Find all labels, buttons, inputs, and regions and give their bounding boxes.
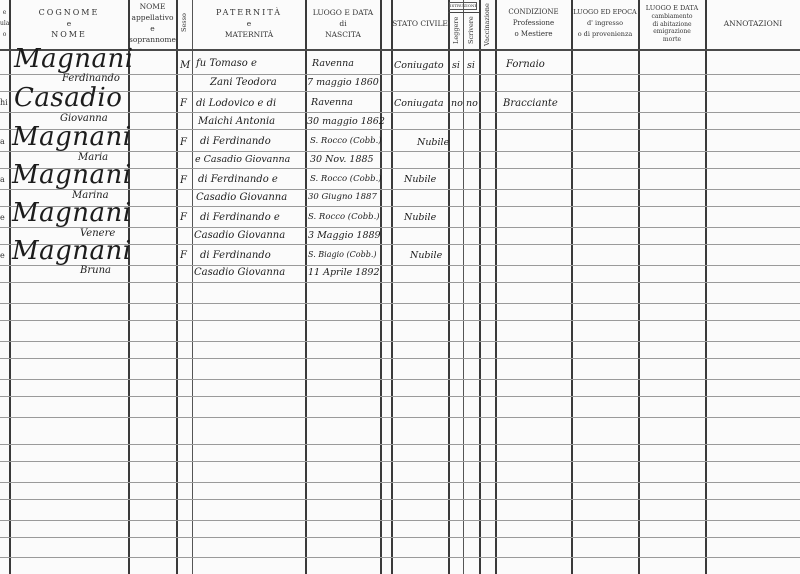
surname: Magnani [12, 160, 132, 190]
civil-status: Nubile [404, 212, 436, 223]
header-text: morte [639, 36, 705, 44]
birth-place: S. Rocco (Cobb.) [308, 212, 380, 222]
header-luogo-epoca: LUOGO ED EPOCA d' ingresso o di provenie… [572, 2, 638, 44]
row-rule [0, 482, 800, 483]
header-vaccinazione: Vaccinazione [483, 3, 491, 46]
birth-date: 11 Aprile 1892 [308, 267, 380, 278]
row-rule [0, 282, 800, 283]
header-text: soprannome [129, 34, 176, 45]
row-rule [0, 303, 800, 304]
can-write: no [466, 98, 478, 109]
header-text: LUOGO ED EPOCA [572, 7, 638, 18]
column-rule [705, 0, 707, 574]
header-text: di [306, 18, 380, 29]
header-condizione: CONDIZIONE Professione o Mestiere [496, 2, 571, 44]
column-rule [192, 0, 193, 574]
row-rule [0, 557, 800, 558]
header-text: PATERNITÀ [193, 7, 305, 18]
maternity: Zani Teodora [210, 77, 277, 88]
civil-status: Nubile [417, 137, 449, 148]
row-rule [0, 499, 800, 500]
maternity: Casadio Giovanna [196, 192, 287, 203]
birth-place: S. Rocco (Cobb.) [310, 136, 382, 146]
row-rule [0, 444, 800, 445]
maternity: Casadio Giovanna [194, 267, 285, 278]
istruzione-rule [448, 12, 479, 13]
header-text: appellativo [129, 12, 176, 23]
header-text: LUOGO E DATA [306, 7, 380, 18]
maternity: Casadio Giovanna [194, 230, 285, 241]
edge-text: a [0, 137, 5, 146]
edge-text: e [0, 7, 9, 18]
row-rule [0, 396, 800, 397]
column-rule [380, 0, 382, 574]
paternity: di Ferdinando [200, 136, 271, 147]
paternity: di Lodovico e di [196, 98, 276, 109]
paternity: fu Tomaso e [196, 58, 257, 69]
birth-place: S. Biagio (Cobb.) [308, 250, 377, 259]
row-rule [0, 74, 800, 75]
edge-text: o [0, 29, 9, 40]
column-rule [391, 0, 393, 574]
profession: Bracciante [503, 98, 558, 109]
maternity: Maichi Antonia [198, 116, 275, 127]
column-rule [9, 0, 11, 574]
given-name: Bruna [80, 265, 111, 276]
header-luogo-data-cambiamento: LUOGO E DATA cambiamento di abitazione e… [639, 2, 705, 44]
header-text: ANNOTAZIONI [706, 18, 800, 29]
header-left-edge: e ula o [0, 2, 9, 44]
column-rule [495, 0, 497, 574]
civil-status: Nubile [404, 174, 436, 185]
paternity: di Ferdinando e [198, 174, 278, 185]
header-text: NOME [10, 29, 128, 40]
birth-date: 30 Nov. 1885 [310, 154, 374, 165]
sex: F [180, 212, 187, 223]
maternity: e Casadio Giovanna [195, 154, 290, 165]
header-sesso: Sesso [180, 13, 188, 32]
row-rule [0, 341, 800, 342]
header-text: d' ingresso [572, 18, 638, 29]
profession: Fornaio [506, 59, 545, 70]
header-text: o Mestiere [496, 29, 571, 40]
header-text: LUOGO E DATA [639, 3, 705, 13]
paternity: di Ferdinando e [200, 212, 280, 223]
birth-place: Ravenna [311, 97, 353, 108]
row-rule [0, 520, 800, 521]
edge-text: ula [0, 18, 9, 29]
header-istruzione: ISTRUZIONE [449, 2, 477, 10]
row-rule [0, 417, 800, 418]
column-rule [176, 0, 178, 574]
header-text: e [129, 23, 176, 34]
can-read: no [451, 98, 463, 109]
column-rule [128, 0, 130, 574]
column-rule [479, 0, 481, 574]
column-rule [571, 0, 573, 574]
sex: F [180, 98, 187, 109]
column-rule [638, 0, 640, 574]
row-rule [0, 320, 800, 321]
column-rule [463, 0, 464, 574]
header-nome-appellativo: NOME appellativo e soprannome [129, 2, 176, 44]
header-text: CONDIZIONE [496, 7, 571, 18]
surname: Magnani [12, 198, 132, 228]
row-rule [0, 461, 800, 462]
can-write: si [467, 60, 475, 71]
civil-status: Nubile [410, 250, 442, 261]
surname: Magnani [12, 122, 132, 152]
surname: Magnani [12, 236, 132, 266]
column-rule [448, 0, 450, 574]
birth-date: 30 maggio 1862 [307, 116, 385, 127]
surname: Magnani [14, 44, 134, 74]
edge-text: e [0, 251, 5, 260]
birth-date: 3 Maggio 1889 [308, 230, 381, 241]
header-text: MATERNITÀ [193, 29, 305, 40]
header-luogo-data-nascita: LUOGO E DATA di NASCITA [306, 2, 380, 44]
civil-status: Coniugata [394, 98, 444, 109]
header-text: Professione [496, 18, 571, 29]
edge-text: hi [0, 98, 8, 107]
sex: F [180, 250, 187, 261]
header-text: cambiamento [639, 13, 705, 21]
header-text: NASCITA [306, 29, 380, 40]
header-scrivere: Scrivere [467, 16, 475, 44]
birth-date: 30 Giugno 1887 [308, 192, 377, 202]
birth-place: Ravenna [312, 58, 354, 69]
edge-text: e [0, 213, 5, 222]
header-text: emigrazione [639, 28, 705, 36]
header-text: e [193, 18, 305, 29]
birth-date: 7 maggio 1860 [307, 77, 379, 88]
header-text: di abitazione [639, 21, 705, 29]
sex: F [180, 137, 187, 148]
row-rule [0, 379, 800, 380]
edge-text: a [0, 175, 5, 184]
birth-place: S. Rocco (Cobb.) [310, 174, 382, 184]
header-text: o di provenienza [572, 29, 638, 40]
header-text: STATO CIVILE [392, 18, 448, 29]
header-stato-civile: STATO CIVILE [392, 2, 448, 44]
header-leggere: Leggere [452, 17, 460, 44]
civil-status: Coniugato [394, 60, 444, 71]
header-paternita-maternita: PATERNITÀ e MATERNITÀ [193, 2, 305, 44]
sex: M [180, 60, 190, 71]
header-annotazioni: ANNOTAZIONI [706, 2, 800, 44]
row-rule [0, 358, 800, 359]
sex: F [180, 175, 187, 186]
header-text: e [10, 18, 128, 29]
header-text: NOME [129, 1, 176, 12]
header-cognome-nome: COGNOME e NOME [10, 2, 128, 44]
can-read: si [452, 60, 460, 71]
row-rule [0, 537, 800, 538]
paternity: di Ferdinando [200, 250, 271, 261]
surname: Casadio [14, 83, 122, 113]
header-text: COGNOME [10, 7, 128, 18]
